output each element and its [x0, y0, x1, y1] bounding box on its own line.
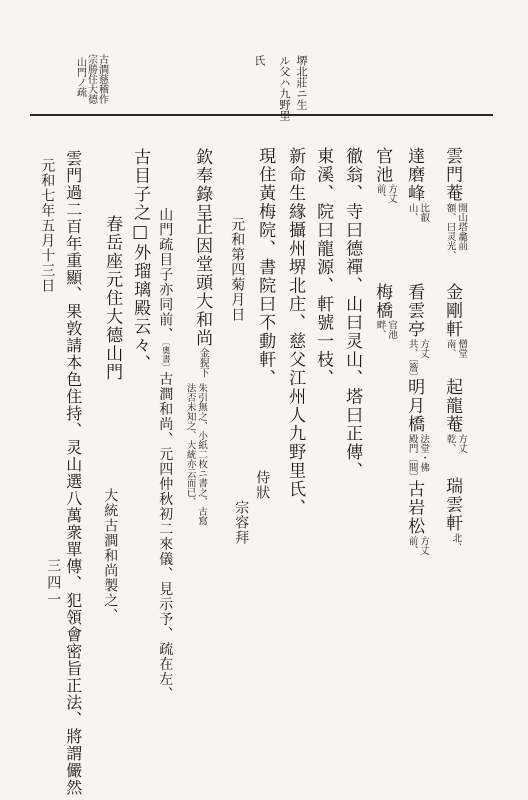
entry-inline-note: 北、 — [450, 533, 462, 552]
scanned-document-page: 堺北莊ニ生 ル父ハ九野里 氏 古澗慈稽作 宗勝住大德 山門ノ疏 雲門菴開山塔龕前… — [0, 0, 528, 800]
entry-note-line-1: 開山塔龕前 — [456, 203, 468, 260]
text-column-shungaku: 春岳座元住大德山門 — [101, 215, 123, 382]
entry-note-line-1: 北、 — [450, 533, 462, 552]
entry-inline-note: 方丈乾、 — [444, 434, 467, 453]
copyist-note-lines: 朱引無之、小紙二枚ニ書之、古寫法否未知之、大統亦云而已、 — [184, 383, 207, 526]
entry-term: 金剛軒 — [442, 283, 462, 339]
copyist-note: 朱引無之、小紙二枚ニ書之、古寫法否未知之、大統亦云而已、 — [181, 383, 210, 526]
text-column-jijo: 侍狀 — [253, 470, 271, 500]
text-column-genju: 現住黃梅院、書院曰不動軒、 — [254, 147, 276, 388]
entry-note-line-1: 官池 — [386, 320, 398, 339]
entry-term: 明月橋 — [404, 378, 424, 434]
entry-note-line-2: 額、曰灵光、 — [444, 203, 456, 260]
margin-note-birthplace-col-1: 堺北莊ニ生 — [294, 55, 307, 110]
copyist-note-line-1: 朱引無之、小紙二枚ニ書之、古寫 — [196, 383, 208, 526]
glossary-entry-kanuntei: 看雲亭方丈共、〔簷〕 — [403, 283, 432, 381]
text-column-genna4-date: 元和第四菊月日 — [228, 217, 246, 322]
entry-note-line-2: 殿門〔間〕 — [406, 434, 418, 482]
entry-note-line-2: 乾、 — [444, 434, 456, 453]
glossary-entry-kiryuan: 起龍菴方丈乾、 — [441, 378, 470, 453]
text-column-kinpo: 欽奉錄呈 — [191, 148, 213, 222]
entry-term: 古岩松 — [404, 480, 424, 536]
entry-term: 看雲亭 — [404, 283, 424, 339]
entry-term: 梅橋 — [372, 283, 392, 320]
glossary-entry-kongoken: 金剛軒僧堂南、 — [441, 283, 470, 358]
entry-note-line-1: 方丈 — [456, 434, 468, 453]
entry-term: 起龍菴 — [442, 378, 462, 434]
entry-note-line-2: 共、〔簷〕 — [406, 339, 418, 382]
sanmon-part-2: 古澗和尚、元四仲秋初二來儀、見示予、疏在左、 — [157, 372, 173, 702]
sanmon-small-note: 〔奧書〕 — [160, 342, 170, 372]
entry-inline-note: 比叡山、 — [406, 203, 429, 222]
entry-inline-note: 官池畔、 — [374, 320, 397, 339]
shoin-address: 正因堂頭大和尚 — [192, 218, 212, 348]
entry-term: 達磨峰 — [404, 147, 424, 203]
glossary-entry-darumamine: 達磨峰比叡山、 — [403, 147, 432, 222]
entry-inline-note: 僧堂南、 — [444, 339, 467, 358]
entry-note-line-1: 方丈 — [386, 184, 398, 203]
text-column-tokei: 東溪、院曰龍源、軒號一枝、 — [312, 147, 334, 388]
text-column-shinmei: 新命生緣攝州堺北庄、慈父江州人九野里氏、 — [284, 147, 306, 517]
glossary-entry-kanchi: 官池方丈前、 — [371, 147, 400, 203]
glossary-entry-koganmatsu: 古岩松方丈前、 — [403, 480, 432, 555]
glossary-entry-unmonan: 雲門菴開山塔龕前額、曰灵光、 — [441, 147, 470, 260]
entry-term: 官池 — [372, 147, 392, 184]
entry-note-line-2: 南、 — [444, 339, 456, 358]
shoin-honorific: 金猊下 — [197, 348, 208, 378]
entry-term: 瑞雲軒 — [442, 477, 462, 533]
entry-term: 雲門菴 — [442, 147, 462, 203]
margin-note-birthplace-col-3: 氏 — [252, 55, 265, 66]
entry-note-line-2: 前、 — [374, 184, 386, 203]
text-column-unmon-long: 雲門過二百年重顯、果敦請本色住持、灵山選八萬衆單傳、犯領會密旨正法、將謂儼然 — [62, 150, 83, 796]
entry-inline-note: 法堂・佛殿門〔間〕 — [406, 434, 429, 482]
glossary-entry-meigetsukyo: 明月橋法堂・佛殿門〔間〕 — [403, 378, 432, 481]
text-column-daito: 大統古澗和尚製之、 — [101, 488, 119, 623]
entry-inline-note: 方丈前、 — [406, 536, 429, 555]
entry-inline-note: 方丈前、 — [374, 184, 397, 203]
text-column-tetto: 徹翁、寺曰德禪、山曰灵山、塔曰正傳、 — [341, 147, 363, 480]
glossary-entry-zuiunken: 瑞雲軒北、 — [441, 477, 464, 552]
entry-inline-note: 開山塔龕前額、曰灵光、 — [444, 203, 467, 260]
text-column-colophon-date: 元和七年五月十三日 — [38, 158, 56, 293]
text-column-komokushi: 古目子之□外瑠璃殿云々、 — [129, 148, 151, 373]
entry-note-line-2: 山、 — [406, 203, 418, 222]
margin-note-attribution-col-1: 古澗慈稽作 — [96, 54, 108, 104]
entry-inline-note: 方丈共、〔簷〕 — [406, 339, 429, 382]
text-column-sanmon: 山門疏目子亦同前、〔奧書〕古澗和尚、元四仲秋初二來儀、見示予、疏在左、 — [156, 207, 174, 702]
entry-note-line-2: 畔、 — [374, 320, 386, 339]
sanmon-part-1: 山門疏目子亦同前、 — [157, 207, 173, 342]
copyist-note-line-2: 法否未知之、大統亦云而已、 — [184, 383, 196, 526]
margin-note-attribution-col-2: 宗勝住大德 — [85, 54, 97, 104]
header-divider-line — [30, 114, 493, 116]
margin-note-birthplace-col-2: ル父ハ九野里 — [277, 55, 290, 121]
entry-note-line-1: 法堂・佛 — [418, 434, 430, 482]
margin-note-attribution-col-3: 山門ノ疏 — [74, 57, 86, 97]
text-column-shoin: 正因堂頭大和尚金猊下 — [191, 218, 213, 378]
glossary-entry-umebashi: 梅橋官池畔、 — [371, 283, 400, 339]
entry-note-line-1: 僧堂 — [456, 339, 468, 358]
entry-note-line-1: 方丈 — [418, 536, 430, 555]
text-column-signature: 宗容拜 — [232, 500, 250, 545]
entry-note-line-1: 方丈 — [418, 339, 430, 382]
entry-note-line-2: 前、 — [406, 536, 418, 555]
entry-note-line-1: 比叡 — [418, 203, 430, 222]
page-number: 三四一 — [44, 558, 62, 609]
